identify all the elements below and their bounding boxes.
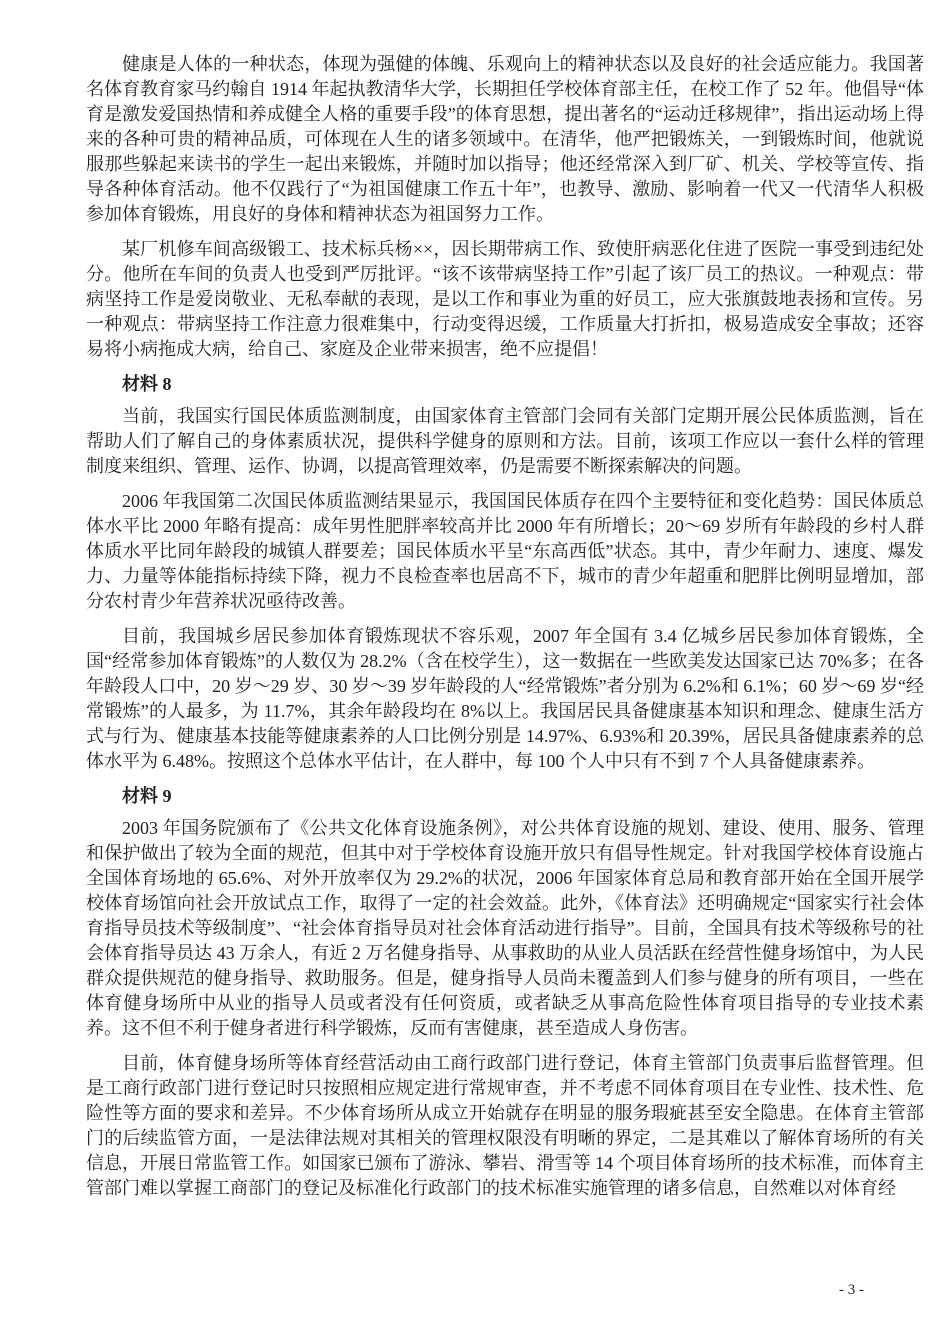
paragraph-factory-worker-yang-debate: 某厂机修车间高级锻工、技术标兵杨××，因长期带病工作、致使肝病恶化住进了医院一事… <box>86 237 924 362</box>
material-9-heading: 材料 9 <box>86 784 924 809</box>
page-number: - 3 - <box>839 1280 864 1300</box>
document-page: 健康是人体的一种状态，体现为强健的体魄、乐观向上的精神状态以及良好的社会适应能力… <box>0 0 950 1344</box>
paragraph-health-definition-ma-john: 健康是人体的一种状态，体现为强健的体魄、乐观向上的精神状态以及良好的社会适应能力… <box>86 52 924 227</box>
paragraph-exercise-participation-statistics: 目前，我国城乡居民参加体育锻炼现状不容乐观，2007 年全国有 3.4 亿城乡居… <box>86 624 924 774</box>
paragraph-business-registration-supervision: 目前，体育健身场所等体育经营活动由工商行政部门进行登记，体育主管部门负责事后监督… <box>86 1051 924 1201</box>
material-8-heading: 材料 8 <box>86 372 924 397</box>
document-content: 健康是人体的一种状态，体现为强健的体魄、乐观向上的精神状态以及良好的社会适应能力… <box>86 52 924 1211</box>
paragraph-2006-fitness-survey-results: 2006 年我国第二次国民体质监测结果显示，我国国民体质存在四个主要特征和变化趋… <box>86 489 924 614</box>
paragraph-2003-facilities-regulation: 2003 年国务院颁布了《公共文化体育设施条例》，对公共体育设施的规划、建设、使… <box>86 816 924 1041</box>
paragraph-fitness-monitoring-system: 当前，我国实行国民体质监测制度，由国家体育主管部门会同有关部门定期开展公民体质监… <box>86 404 924 479</box>
